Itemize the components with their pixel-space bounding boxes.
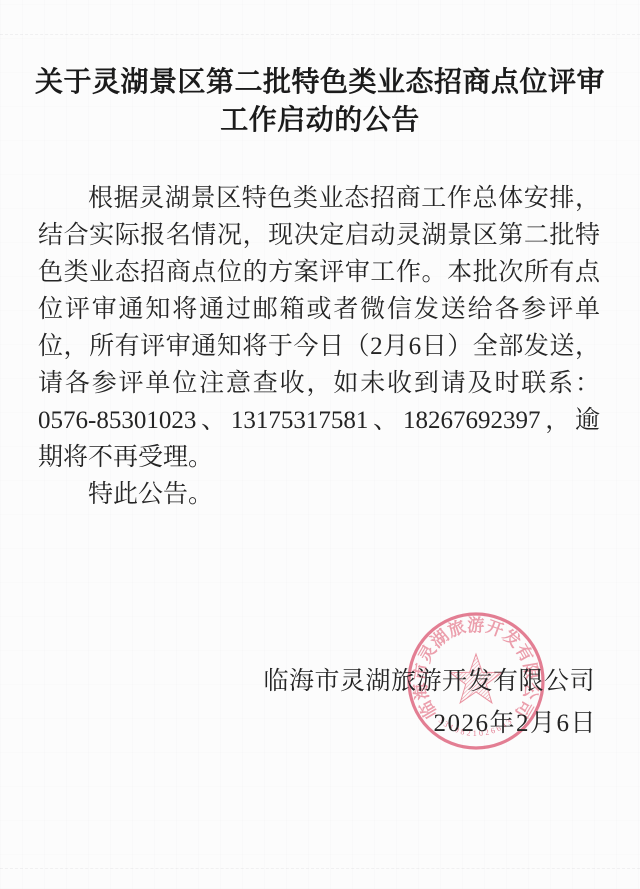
scan-artifact-line (0, 868, 640, 869)
body-line: 色类业态招商点位的方案评审工作。本批次所有点 (38, 254, 600, 291)
body-line: 根据灵湖景区特色类业态招商工作总体安排， (38, 180, 600, 217)
closing-line: 特此公告。 (38, 476, 600, 513)
signature-date: 2026年2月6日 (433, 708, 597, 740)
document-body: 根据灵湖景区特色类业态招商工作总体安排， 结合实际报名情况，现决定启动灵湖景区第… (38, 180, 600, 513)
announcement-document: 关于灵湖景区第二批特色类业态招商点位评审 工作启动的公告 根据灵湖景区特色类业态… (0, 0, 640, 889)
scan-artifact-line (0, 34, 640, 35)
title-line-2: 工作启动的公告 (0, 102, 640, 140)
body-line: 期将不再受理。 (38, 439, 600, 476)
signature-company-name: 临海市灵湖旅游开发有限公司 (263, 666, 595, 698)
title-line-1: 关于灵湖景区第二批特色类业态招商点位评审 (0, 64, 640, 102)
document-title: 关于灵湖景区第二批特色类业态招商点位评审 工作启动的公告 (0, 64, 640, 140)
body-line: 请各参评单位注意查收，如未收到请及时联系： (38, 365, 600, 402)
body-line: 位，所有评审通知将于今日（2月6日）全部发送， (38, 328, 600, 365)
body-line-phone-numbers: 0576-85301023、13175317581、18267692397，逾 (38, 402, 600, 439)
body-line: 位评审通知将通过邮箱或者微信发送给各参评单 (38, 291, 600, 328)
body-line: 结合实际报名情况，现决定启动灵湖景区第二批特 (38, 217, 600, 254)
